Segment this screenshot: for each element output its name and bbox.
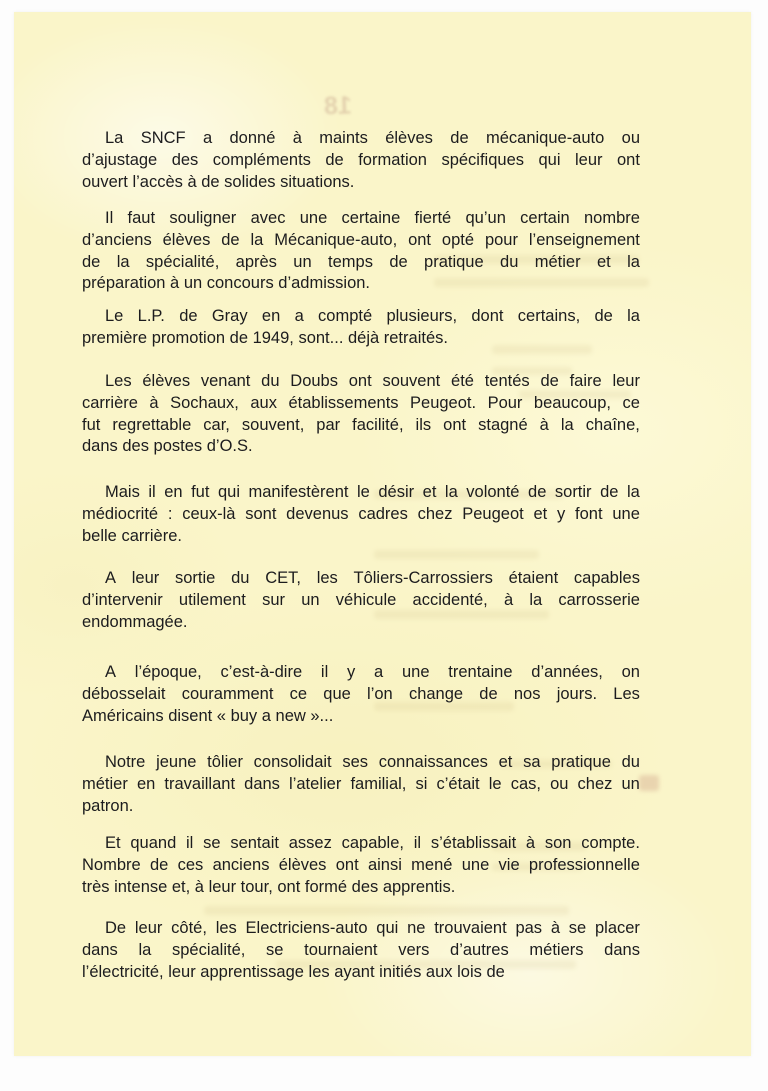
text-line: LeL.P.deGrayenacomptéplusieurs,dontcerta… (82, 306, 640, 328)
text-line: d’intervenirutilementsurunvéhiculeaccide… (82, 590, 640, 612)
text-line: ouvert l’accès à de solides situations. (82, 172, 640, 194)
text-line: très intense et, à leur tour, ont formé … (82, 877, 640, 899)
paragraph: LesélèvesvenantduDoubsontsouventététenté… (82, 371, 640, 458)
page-text: LaSNCFadonnéàmaintsélèvesdemécanique-aut… (14, 12, 751, 1056)
paragraph: Notrejeunetôlierconsolidaitsesconnaissan… (82, 752, 640, 817)
text-line: Notrejeunetôlierconsolidaitsesconnaissan… (82, 752, 640, 774)
text-line: Etquandilsesentaitassezcapable,ils’établ… (82, 833, 640, 855)
text-line: médiocrité:ceux-làsontdevenuscadreschezP… (82, 504, 640, 526)
text-line: Américains disent « buy a new »... (82, 706, 640, 728)
text-line: LaSNCFadonnéàmaintsélèvesdemécanique-aut… (82, 128, 640, 150)
text-line: Deleurcôté,lesElectriciens-autoquinetrou… (82, 918, 640, 940)
text-line: Al’époque,c’est-à-direilyaunetrentained’… (82, 662, 640, 684)
text-line: AleursortieduCET,lesTôliers-Carrossiersé… (82, 568, 640, 590)
paragraph: Deleurcôté,lesElectriciens-autoquinetrou… (82, 918, 640, 983)
text-line: delaspécialité,aprèsuntempsdepratiquedum… (82, 252, 640, 274)
text-line: préparation à un concours d’admission. (82, 273, 640, 295)
text-line: danslaspécialité,setournaientversd’autre… (82, 940, 640, 962)
text-line: d’ajustagedescomplémentsdeformationspéci… (82, 150, 640, 172)
text-line: patron. (82, 796, 640, 818)
text-line: l’électricité, leur apprentissage les ay… (82, 962, 640, 984)
paragraph: LeL.P.deGrayenacomptéplusieurs,dontcerta… (82, 306, 640, 350)
document-page: 18 LaSNCFadonnéàmaintsélèvesdemécanique-… (14, 12, 751, 1056)
text-line: première promotion de 1949, sont... déjà… (82, 328, 640, 350)
paragraph: Etquandilsesentaitassezcapable,ils’établ… (82, 833, 640, 898)
text-line: endommagée. (82, 612, 640, 634)
scanned-document: 18 LaSNCFadonnéàmaintsélèvesdemécanique-… (0, 0, 768, 1091)
paragraph: Al’époque,c’est-à-direilyaunetrentained’… (82, 662, 640, 727)
text-line: carrièreàSochaux,auxétablissementsPeugeo… (82, 393, 640, 415)
paragraph: AleursortieduCET,lesTôliers-Carrossiersé… (82, 568, 640, 633)
text-line: belle carrière. (82, 526, 640, 548)
text-line: Ilfautsouligneravecunecertainefiertéqu’u… (82, 208, 640, 230)
paragraph: Ilfautsouligneravecunecertainefiertéqu’u… (82, 208, 640, 295)
text-line: Maisilenfutquimanifestèrentledésiretlavo… (82, 482, 640, 504)
text-line: dans des postes d’O.S. (82, 436, 640, 458)
paragraph: Maisilenfutquimanifestèrentledésiretlavo… (82, 482, 640, 547)
text-line: Nombredecesanciensélèvesontainsimenéunev… (82, 855, 640, 877)
text-line: d’anciensélèvesdelaMécanique-auto,ontopt… (82, 230, 640, 252)
text-line: LesélèvesvenantduDoubsontsouventététenté… (82, 371, 640, 393)
paragraph: LaSNCFadonnéàmaintsélèvesdemécanique-aut… (82, 128, 640, 193)
text-line: débosselaitcourammentcequel’onchangedeno… (82, 684, 640, 706)
text-line: futregrettablecar,souvent,parfacilité,il… (82, 415, 640, 437)
text-line: métierentravaillantdansl’atelierfamilial… (82, 774, 640, 796)
